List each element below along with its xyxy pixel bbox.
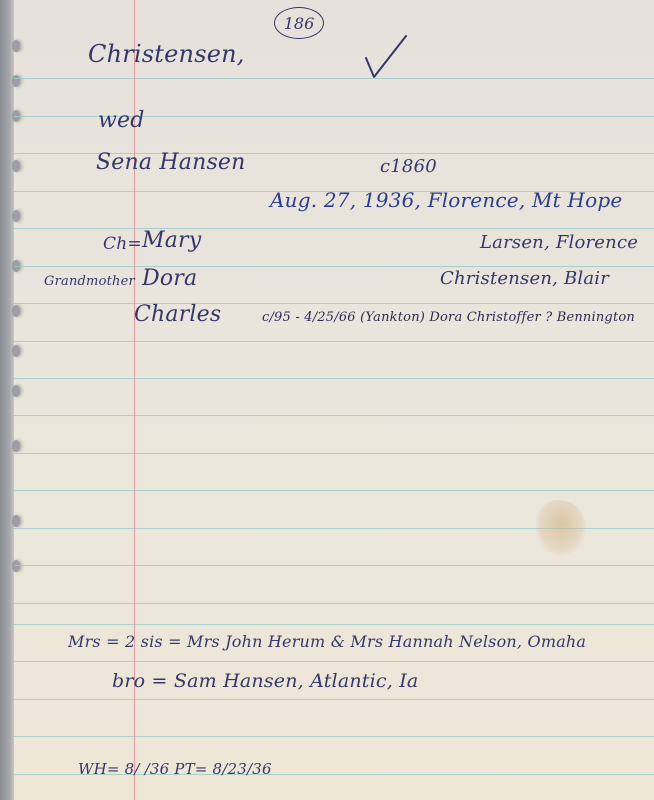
perforation <box>12 305 20 317</box>
perforation <box>12 560 20 572</box>
spouse-birth: c1860 <box>380 156 437 177</box>
binder-edge-shadow <box>0 0 14 800</box>
child-name: Mary <box>142 228 201 253</box>
ruled-line <box>14 661 654 662</box>
ruled-line <box>14 78 654 79</box>
paper-stain <box>536 500 586 555</box>
ruled-line <box>14 490 654 491</box>
ruled-line <box>14 699 654 700</box>
child-note: Christensen, Blair <box>440 268 609 289</box>
children-label: Ch= <box>103 234 142 254</box>
spouse-name: Sena Hansen <box>96 150 246 175</box>
perforation <box>12 210 20 222</box>
child-name: Dora <box>142 266 197 291</box>
child-prefix: Grandmother <box>44 274 135 289</box>
ruled-line <box>14 453 654 454</box>
perforation <box>12 515 20 527</box>
perforation <box>12 345 20 357</box>
ruled-line <box>14 228 654 229</box>
ruled-line <box>14 415 654 416</box>
ruled-line <box>14 303 654 304</box>
page-number-circle: 186 <box>274 7 324 39</box>
ruled-line <box>14 624 654 625</box>
perforation <box>12 440 20 452</box>
wed-label: wed <box>98 108 145 133</box>
check-mark-icon <box>360 30 410 84</box>
ruled-line <box>14 565 654 566</box>
perforation <box>12 40 20 52</box>
ruled-line <box>14 266 654 267</box>
page-number: 186 <box>284 14 315 33</box>
ruled-line <box>14 736 654 737</box>
perforation <box>12 160 20 172</box>
death-line: Aug. 27, 1936, Florence, Mt Hope <box>270 188 622 212</box>
perforation <box>12 385 20 397</box>
ruled-line <box>14 378 654 379</box>
siblings-line: Mrs = 2 sis = Mrs John Herum & Mrs Hanna… <box>68 632 586 651</box>
brother-line: bro = Sam Hansen, Atlantic, Ia <box>112 670 418 692</box>
child-name: Charles <box>134 302 221 327</box>
surname: Christensen, <box>88 40 245 68</box>
ruled-line <box>14 341 654 342</box>
footer-dates: WH= 8/ /36 PT= 8/23/36 <box>78 760 272 778</box>
child-note: Larsen, Florence <box>480 232 638 253</box>
child-note: c/95 - 4/25/66 (Yankton) Dora Christoffe… <box>262 310 635 325</box>
perforation <box>12 75 20 87</box>
ruled-line <box>14 603 654 604</box>
